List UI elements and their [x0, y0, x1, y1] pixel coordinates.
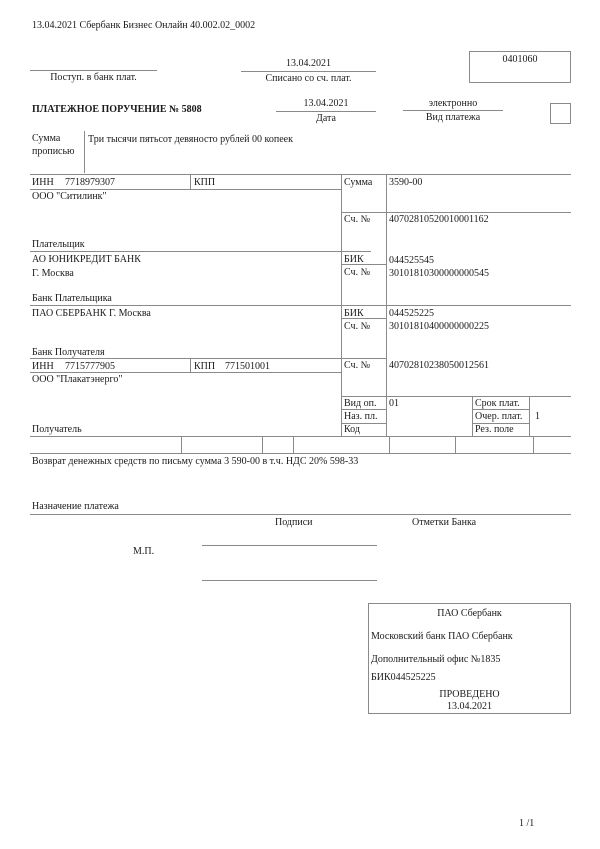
bank-stamp-status: ПРОВЕДЕНО — [369, 689, 570, 701]
purpose-label: Назначение платежа — [32, 501, 119, 513]
amount-words-value: Три тысячи пятьсот девяносто рублей 00 к… — [88, 134, 293, 146]
priority-value: 1 — [535, 411, 540, 423]
payer-inn-label: ИНН — [32, 177, 54, 189]
bank-stamp-date: 13.04.2021 — [369, 701, 570, 713]
amount-label: Сумма — [344, 177, 372, 189]
payer-name: ООО "Ситилинк" — [32, 191, 107, 203]
payer-bank-city: Г. Москва — [32, 268, 74, 280]
col-code-5 — [455, 436, 456, 453]
payer-bank-bik-label: БИК — [344, 254, 364, 266]
payee-kpp-value: 771501001 — [225, 361, 270, 373]
payment-type-box — [550, 103, 571, 124]
payee-bank-name: ПАО СБЕРБАНК Г. Москва — [32, 308, 151, 320]
payee-bank-bik-label: БИК — [344, 308, 364, 320]
bank-stamp-line2: Московский банк ПАО Сбербанк — [371, 631, 513, 643]
col-kpp-payer — [190, 174, 191, 189]
col-code-2 — [262, 436, 263, 453]
payer-bank-account-value: 30101810300000000545 — [389, 268, 489, 280]
stamp-label: М.П. — [133, 546, 154, 558]
doc-date-label: Дата — [276, 113, 376, 125]
received-line — [30, 70, 157, 71]
signature-line-2 — [202, 580, 377, 581]
payer-inn-value: 7718979307 — [65, 177, 115, 189]
payee-inn-value: 7715777905 — [65, 361, 115, 373]
payer-account-label: Сч. № — [344, 214, 370, 226]
payer-bank-name: АО ЮНИКРЕДИТ БАНК — [32, 254, 141, 266]
payee-role-label: Получатель — [32, 424, 82, 436]
bank-stamp-bik: БИК044525225 — [371, 672, 436, 684]
payment-type: электронно — [403, 98, 503, 110]
col-srok-left — [472, 396, 473, 436]
col-code-6 — [533, 436, 534, 453]
payee-bank-bik-value: 044525225 — [389, 308, 434, 320]
row-line-payer-top — [30, 174, 571, 175]
row-line-payee-bottom — [30, 436, 571, 437]
col-code-4 — [389, 436, 390, 453]
priority-label: Очер. плат. — [475, 411, 522, 423]
payer-kpp-label: КПП — [194, 177, 215, 189]
code-label: Код — [344, 424, 360, 436]
col-code-1 — [181, 436, 182, 453]
doc-date-line — [276, 111, 376, 112]
payer-account-value: 40702810520010001162 — [389, 214, 489, 226]
amount-words-divider — [84, 131, 85, 173]
print-header: 13.04.2021 Сбербанк Бизнес Онлайн 40.002… — [32, 20, 255, 32]
document-title: ПЛАТЕЖНОЕ ПОРУЧЕНИЕ № 5808 — [32, 104, 202, 116]
purpose-line — [30, 514, 571, 515]
row-line-inn-bottom — [30, 189, 341, 190]
bank-stamp-line1: ПАО Сбербанк — [369, 608, 570, 620]
payer-bank-account-label: Сч. № — [344, 267, 370, 279]
reserve-label: Рез. поле — [475, 424, 514, 436]
col-labels-right — [386, 174, 387, 436]
debited-date: 13.04.2021 — [241, 58, 376, 70]
row-line-payerbank-bottom — [30, 305, 571, 306]
amount-words-label-2: прописью — [32, 146, 75, 158]
payee-account-label: Сч. № — [344, 360, 370, 372]
bank-marks-label: Отметки Банка — [412, 517, 476, 529]
payer-role-label: Плательщик — [32, 239, 85, 251]
payee-bank-account-label: Сч. № — [344, 321, 370, 333]
bank-stamp-box: ПАО Сбербанк Московский банк ПАО Сбербан… — [368, 603, 571, 714]
payee-kpp-label: КПП — [194, 361, 215, 373]
signature-line-1 — [202, 545, 377, 546]
debited-label: Списано со сч. плат. — [241, 73, 376, 85]
purpose-text: Возврат денежных средств по письму сумма… — [32, 456, 358, 468]
due-label: Срок плат. — [475, 398, 520, 410]
purpose-code-label: Наз. пл. — [344, 411, 377, 423]
payee-name: ООО "Плакатэнерго" — [32, 374, 122, 386]
doc-date: 13.04.2021 — [276, 98, 376, 110]
payee-account-value: 40702810238050012561 — [389, 360, 489, 372]
col-labels-left — [341, 174, 342, 436]
op-type-value: 01 — [389, 398, 399, 410]
amount-value: 3590-00 — [389, 177, 422, 189]
payment-type-label: Вид платежа — [403, 112, 503, 124]
form-code-box: 0401060 — [469, 51, 571, 83]
bank-stamp-line3: Дополнительный офис №1835 — [371, 654, 500, 666]
row-line-payer-bottom — [30, 251, 371, 252]
row-line-details-top — [341, 396, 571, 397]
payment-type-line — [403, 110, 503, 111]
payer-bank-role-label: Банк Плательщика — [32, 293, 112, 305]
payer-bank-bik-value: 044525545 — [389, 255, 434, 267]
debited-line — [241, 71, 376, 72]
received-label: Поступ. в банк плат. — [30, 72, 157, 84]
form-code: 0401060 — [470, 54, 570, 66]
signatures-label: Подписи — [275, 517, 313, 529]
col-srok-right — [529, 396, 530, 436]
page-number: 1 /1 — [519, 818, 534, 830]
payee-inn-label: ИНН — [32, 361, 54, 373]
row-line-codes-bottom — [30, 453, 571, 454]
amount-words-label-1: Сумма — [32, 133, 60, 145]
col-code-3 — [293, 436, 294, 453]
row-line-amount-bottom — [341, 212, 571, 213]
col-kpp-payee — [190, 358, 191, 372]
op-type-label: Вид оп. — [344, 398, 376, 410]
payee-bank-role-label: Банк Получателя — [32, 347, 105, 359]
payee-bank-account-value: 30101810400000000225 — [389, 321, 489, 333]
